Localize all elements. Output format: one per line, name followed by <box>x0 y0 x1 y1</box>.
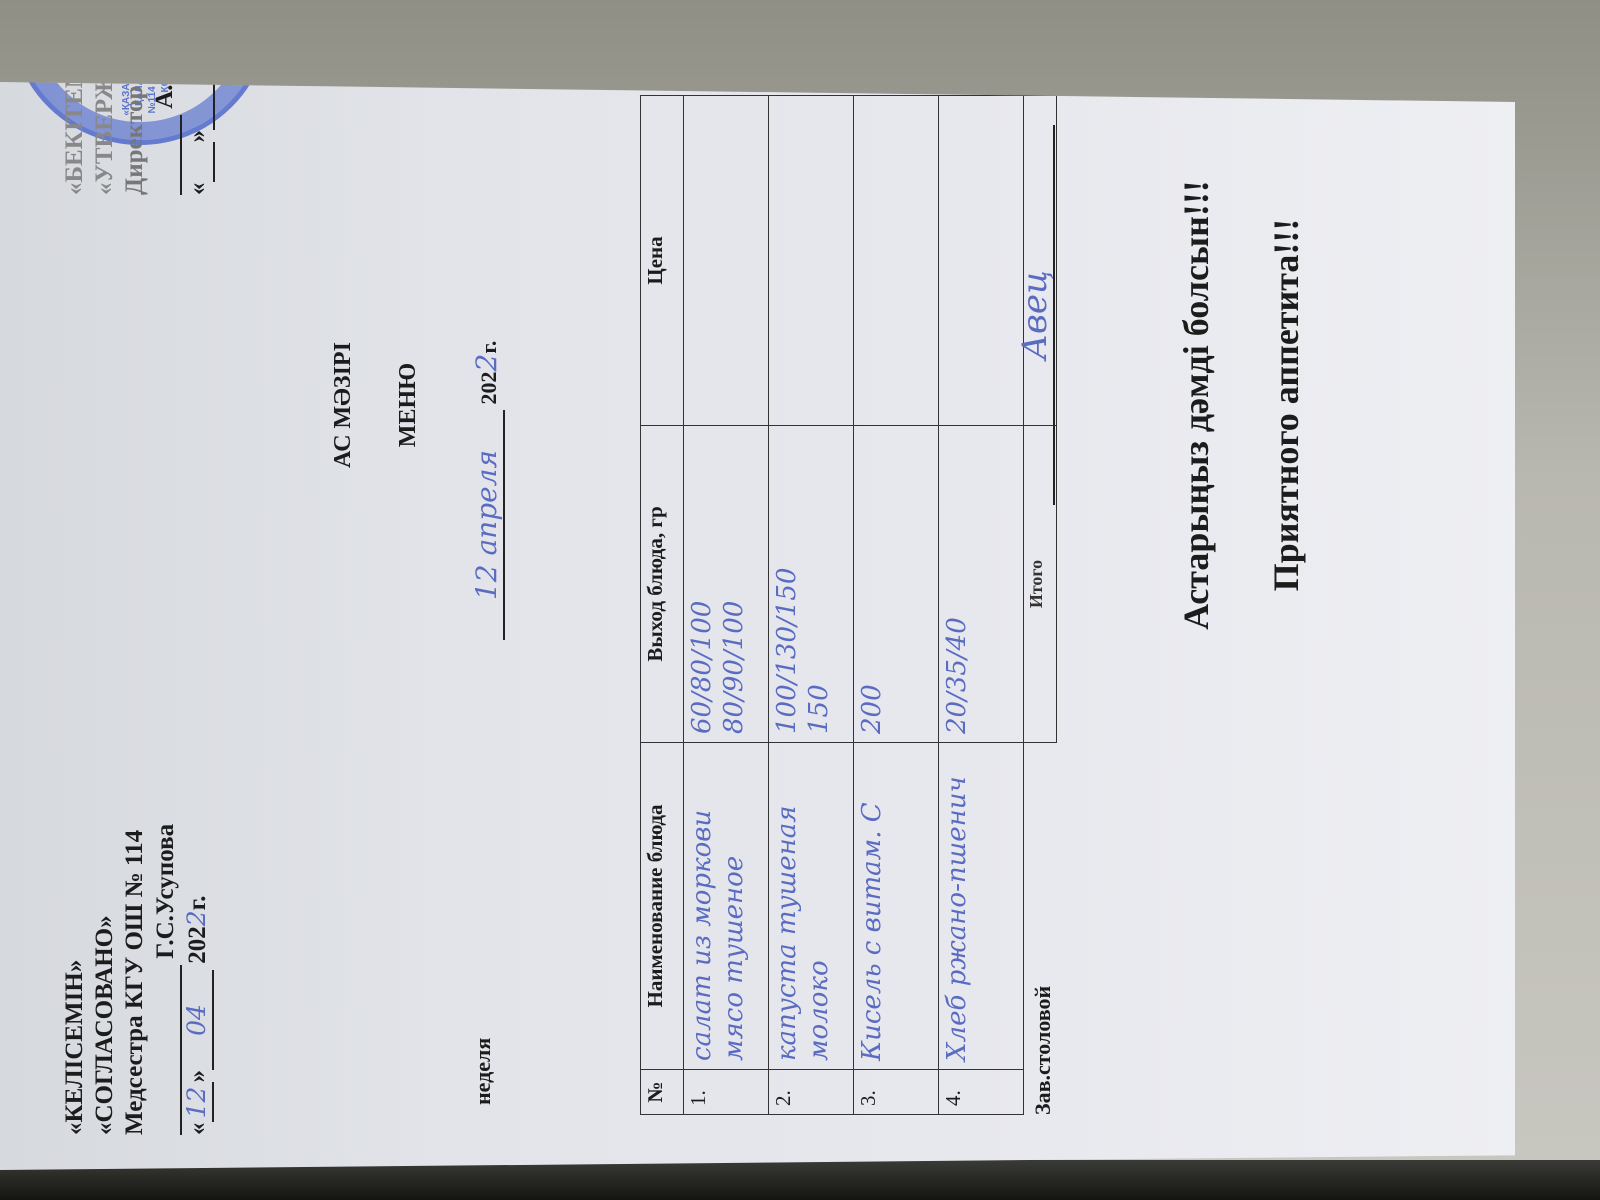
approval-date: «12»04 2022г. <box>182 824 214 1135</box>
year-prefix: 202 <box>476 372 501 405</box>
director-name: А.К.Кылыбаева <box>151 0 178 109</box>
approval-date: « » 2022г. <box>182 0 215 195</box>
cell-yield: 20/35/40 <box>939 426 1024 743</box>
nurse-signature <box>150 965 182 1135</box>
cell-yield: 200 <box>854 426 939 743</box>
cell-name: Кисель с витам. С <box>854 743 939 1070</box>
menu-date: 12 апреля 2022г. <box>470 341 505 640</box>
director-signature <box>150 115 182 195</box>
approval-month: 04 <box>182 970 214 1070</box>
table-header: № Наименование блюда Выход блюда, гр Цен… <box>641 96 684 1115</box>
cell-num: 2. <box>769 1070 854 1115</box>
cell-name: капуста тушеная молоко <box>769 743 854 1070</box>
menu-table: № Наименование блюда Выход блюда, гр Цен… <box>640 95 1057 1115</box>
menu-page: «КЕЛІСЕМІН» «СОГЛАСОВАНО» Медсестра КГУ … <box>40 75 1540 1155</box>
cell-name: салат из моркови мясо тушеное <box>684 743 769 1070</box>
table-row: 4.Хлеб ржано-пшенич20/35/40 <box>939 96 1024 1115</box>
cell-yield: 60/80/100 80/90/100 <box>684 426 769 743</box>
approval-name-line: А.К.Кылыбаева <box>150 0 182 195</box>
approval-kz: «БЕКІТЕМІН» <box>60 0 90 195</box>
table-row: 3.Кисель с витам. С200 <box>854 96 939 1115</box>
header-num: № <box>641 1070 684 1115</box>
cell-price <box>769 96 854 426</box>
approval-block-nurse: «КЕЛІСЕМІН» «СОГЛАСОВАНО» Медсестра КГУ … <box>60 824 214 1135</box>
cell-yield: 100/130/150 150 <box>769 426 854 743</box>
approval-position: Медсестра КГУ ОШ № 114 <box>120 824 150 1135</box>
emblem-icon <box>80 0 200 75</box>
nurse-name: Г.С.Усупова <box>152 824 179 959</box>
menu-date-handwritten: 12 апреля <box>470 410 505 640</box>
cell-price <box>939 96 1024 426</box>
year-suffix: г. <box>476 341 501 354</box>
approval-position: Директор КГУ ОШ № 114 <box>120 0 150 195</box>
cell-num: 3. <box>854 1070 939 1115</box>
approval-kz: «КЕЛІСЕМІН» <box>60 824 90 1135</box>
cell-price <box>684 96 769 426</box>
approval-name-line: Г.С.Усупова <box>150 824 182 1135</box>
approval-ru: «СОГЛАСОВАНО» <box>90 824 120 1135</box>
approval-day: 12 <box>182 1083 214 1123</box>
approval-block-director: «БЕКІТЕМІН» «УТВЕРЖДАЮ» Директор КГУ ОШ … <box>60 0 215 195</box>
year-prefix: 202 <box>184 0 211 4</box>
table-row: 1.салат из моркови мясо тушеное60/80/100… <box>684 96 769 1115</box>
chef-label: Зав.столовой <box>1030 986 1056 1115</box>
year-hand: 2 <box>470 354 503 372</box>
header-yield: Выход блюда, гр <box>641 426 684 743</box>
month-blank <box>183 10 215 130</box>
year-hand: 2 <box>182 910 211 926</box>
wish-ru: Приятного аппетита!!! <box>1265 0 1307 1155</box>
day-blank <box>183 143 215 183</box>
header-price: Цена <box>641 96 684 426</box>
header-dish: Наименование блюда <box>641 743 684 1070</box>
year-prefix: 202 <box>184 926 211 964</box>
chef-signature: Авец <box>1015 125 1055 505</box>
cell-price <box>854 96 939 426</box>
cell-num: 4. <box>939 1070 1024 1115</box>
paper-sheet: «КЕЛІСЕМІН» «СОГЛАСОВАНО» Медсестра КГУ … <box>0 80 1515 1190</box>
cell-num: 1. <box>684 1070 769 1115</box>
week-label: неделя <box>470 1038 496 1105</box>
wish-kz: Астарыңыз дәмді болсын!!! <box>1175 0 1217 1155</box>
cell-name: Хлеб ржано-пшенич <box>939 743 1024 1070</box>
menu-title-kz: АС МӘЗІРІ <box>330 0 357 1155</box>
approval-ru: «УТВЕРЖДАЮ» <box>90 0 120 195</box>
menu-title-ru: МЕНЮ <box>395 0 422 1155</box>
table-row: 2.капуста тушеная молоко100/130/150 150 <box>769 96 854 1115</box>
year-suffix: г. <box>184 896 211 911</box>
